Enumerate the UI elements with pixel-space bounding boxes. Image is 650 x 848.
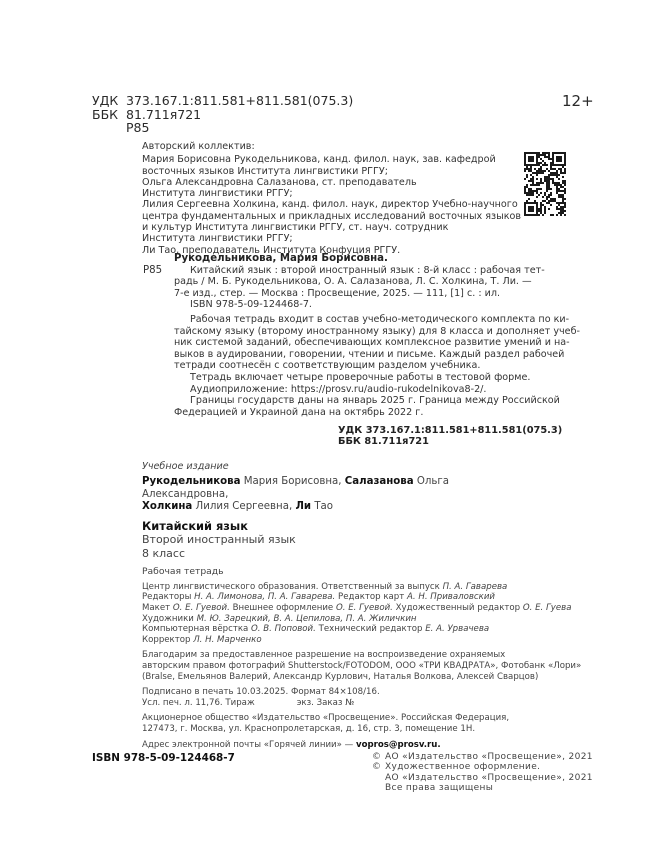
book-type: Рабочая тетрадь (142, 566, 534, 577)
record-description-line: радь / М. Б. Рукодельникова, О. А. Салаз… (174, 276, 534, 288)
staff-label: Редактор карт (338, 592, 404, 602)
authors-line: центра фундаментальных и прикладных иссл… (142, 211, 521, 222)
annotation-line: тетради соотнесён с соответствующим разд… (174, 360, 534, 372)
staff-label: Центр лингвистического образования. Отве… (142, 582, 440, 592)
age-rating: 12+ (562, 92, 594, 110)
bibliographic-record: Рукодельникова, Мария Борисовна. Китайск… (142, 253, 534, 418)
publisher-line: 127473, г. Москва, ул. Краснопролетарска… (142, 724, 534, 735)
copyright-icon: © (372, 762, 385, 772)
tests-note: Тетрадь включает четыре проверочные рабо… (174, 372, 534, 384)
staff-label: Макет (142, 603, 170, 613)
thanks-line: (Bralse, Емельянов Валерий, Александр Ку… (142, 672, 534, 683)
record-udk: УДК 373.167.1:811.581+811.581(075.3) (338, 425, 562, 436)
author-surname: Салазанова (345, 476, 414, 487)
publisher-line: Акционерное общество «Издательство «Прос… (142, 713, 534, 724)
edition-type: Учебное издание (142, 461, 534, 472)
authors-line: Института лингвистики РГГУ; (142, 233, 521, 244)
staff-person: А. Н. Приваловский (407, 592, 495, 602)
author-given: Тао (314, 501, 333, 512)
authors-line: Института лингвистики РГГУ; (142, 188, 521, 199)
imprint: Учебное издание Рукодельникова Мария Бор… (142, 461, 534, 750)
print-info: Подписано в печать 10.03.2025. Формат 84… (142, 687, 534, 708)
bbk-label: ББК (92, 108, 126, 122)
bbk-value: 81.711я721 (126, 108, 201, 122)
staff-person: О. Е. Гуева (523, 603, 572, 613)
record-description-line: Китайский язык : второй иностранный язык… (174, 265, 534, 277)
imprint-authors: Рукодельникова Мария Борисовна, Салазано… (142, 476, 534, 514)
author-surname: Ли (295, 501, 311, 512)
staff-person: П. А. Гаварева (443, 582, 508, 592)
record-description-line: 7-е изд., стер. — Москва : Просвещение, … (174, 288, 534, 300)
staff-person: Е. А. Урвачева (425, 624, 489, 634)
authors-collective-header: Авторский коллектив: (142, 141, 521, 152)
hotline: Адрес электронной почты «Горячей линии» … (142, 740, 534, 751)
author-surname: Холкина (142, 501, 192, 512)
copyright-line: Художественное оформление. (385, 762, 540, 772)
staff-person: М. Ю. Зарецкий, В. А. Цепилова, П. А. Жи… (197, 614, 417, 624)
borders-note-line: Границы государств даны на январь 2025 г… (174, 395, 534, 407)
udk-value: 373.167.1:811.581+811.581(075.3) (126, 94, 353, 108)
staff-person: Н. А. Лимонова, П. А. Гаварева. (194, 592, 335, 602)
staff-label: Художественный редактор (396, 603, 520, 613)
authors-line: и культур Института лингвистики РГГУ, ст… (142, 222, 521, 233)
staff-label: Художники (142, 614, 194, 624)
record-isbn: ISBN 978-5-09-124468-7. (174, 299, 534, 311)
thanks-line: Благодарим за предоставленное разрешение… (142, 650, 534, 661)
annotation-line: Рабочая тетрадь входит в состав учебно-м… (174, 314, 534, 326)
staff-credits: Центр лингвистического образования. Отве… (142, 582, 534, 646)
authors-collective: Авторский коллектив: Мария Борисовна Рук… (142, 141, 521, 256)
staff-person: О. Е. Гуевой. (173, 603, 230, 613)
copyright-block: ©АО «Издательство «Просвещение», 2021 ©Х… (372, 752, 593, 794)
staff-label: Корректор (142, 635, 190, 645)
record-bbk: ББК 81.711я721 (338, 436, 562, 447)
book-subtitle: Второй иностранный язык (142, 533, 534, 547)
publisher-info: Акционерное общество «Издательство «Прос… (142, 713, 534, 734)
copyright-line: АО «Издательство «Просвещение», 2021 (385, 773, 593, 783)
authors-line: восточных языков Института лингвистики Р… (142, 166, 521, 177)
photo-credits: Благодарим за предоставленное разрешение… (142, 650, 534, 682)
borders-note-line: Федерацией и Украиной дана на октябрь 20… (174, 407, 534, 419)
annotation-line: тайскому языку (второму иностранному язы… (174, 326, 534, 338)
record-codes: УДК 373.167.1:811.581+811.581(075.3) ББК… (338, 425, 562, 448)
annotation-line: выков в аудировании, говорении, чтении и… (174, 349, 534, 361)
qr-code-icon[interactable] (524, 152, 566, 216)
print-signed: Подписано в печать 10.03.2025. Формат 84… (142, 687, 534, 698)
staff-person: О. В. Поповой. (251, 624, 316, 634)
staff-person: Л. Н. Марченко (193, 635, 261, 645)
authors-line: Ольга Александровна Салазанова, ст. преп… (142, 177, 521, 188)
copyright-line: Все права защищены (385, 783, 493, 793)
thanks-line: авторским правом фотографий Shutterstock… (142, 661, 534, 672)
print-copies: экз. Заказ № (297, 698, 354, 708)
author-given: Мария Борисовна (244, 476, 339, 487)
author-surname: Рукодельникова (142, 476, 240, 487)
staff-label: Компьютерная вёрстка (142, 624, 248, 634)
author-given: Лилия Сергеевна (196, 501, 289, 512)
record-author-heading: Рукодельникова, Мария Борисовна. (174, 253, 534, 265)
annotation-line: ник системой заданий, обеспечивающих ком… (174, 337, 534, 349)
footer-isbn: ISBN 978-5-09-124468-7 (92, 752, 235, 764)
print-sheets: Усл. печ. л. 11,76. Тираж (142, 698, 255, 708)
copyright-icon: © (372, 752, 385, 762)
staff-label: Редакторы (142, 592, 191, 602)
hotline-email[interactable]: vopros@prosv.ru. (356, 740, 441, 750)
classification-block: УДК373.167.1:811.581+811.581(075.3) ББК8… (92, 94, 353, 135)
copyright-line: АО «Издательство «Просвещение», 2021 (385, 752, 593, 762)
book-grade: 8 класс (142, 547, 534, 561)
staff-person: О. Е. Гуевой. (336, 603, 393, 613)
staff-label: Внешнее оформление (233, 603, 334, 613)
audio-note[interactable]: Аудиоприложение: https://prosv.ru/audio-… (174, 384, 534, 396)
staff-label: Технический редактор (319, 624, 423, 634)
book-title: Китайский язык (142, 519, 534, 533)
udk-label: УДК (92, 94, 126, 108)
hotline-label: Адрес электронной почты «Горячей линии» … (142, 740, 353, 750)
authors-line: Лилия Сергеевна Холкина, канд. филол. на… (142, 199, 521, 210)
authors-line: Мария Борисовна Рукодельникова, канд. фи… (142, 154, 521, 165)
author-sign: Р85 (126, 121, 353, 135)
